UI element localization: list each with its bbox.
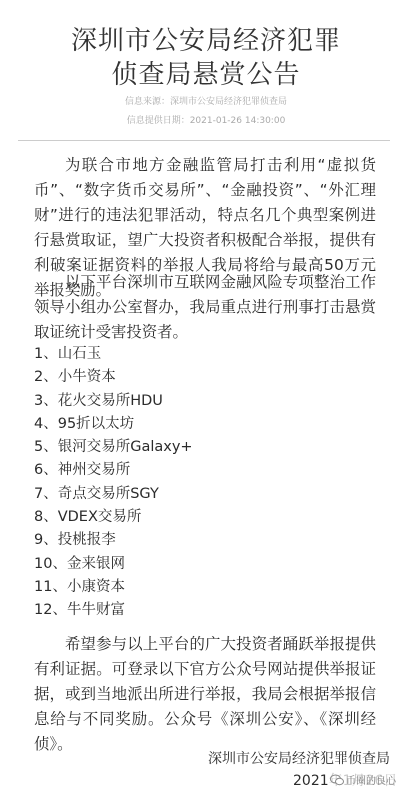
signature: 深圳市公安局经济犯罪侦查局 (208, 748, 390, 768)
list-item: 7、奇点交易所SGY (34, 482, 193, 505)
list-item: 6、神州交易所 (34, 458, 193, 481)
notice-title-line1: 深圳市公安局经济犯罪 (0, 24, 412, 58)
list-item: 8、VDEX交易所 (34, 505, 193, 528)
info-date: 信息提供日期：2021-01-26 14:30:00 (0, 115, 412, 127)
watermark-text: 币圈的良心 (346, 772, 396, 787)
list-item: 10、金来银网 (34, 552, 193, 575)
list-item: 3、花火交易所HDU (34, 389, 193, 412)
list-item: 4、95折以太坊 (34, 412, 193, 435)
platform-list: 1、山石玉 2、小牛资本 3、花火交易所HDU 4、95折以太坊 5、银河交易所… (34, 342, 193, 622)
watermark: 币圈的良心 (328, 772, 398, 787)
list-item: 9、投桃报李 (34, 528, 193, 551)
platforms-intro-paragraph: 以下平台深圳市互联网金融风险专项整治工作领导小组办公室督办，我局重点进行刑事打击… (34, 270, 376, 345)
notice-title-line2: 侦查局悬赏公告 (0, 58, 412, 92)
closing-paragraph: 希望参与以上平台的广大投资者踊跃举报提供有利证据。可登录以下官方公众号网站提供举… (34, 632, 376, 757)
list-item: 12、牛牛财富 (34, 598, 193, 621)
wechat-icon (330, 774, 344, 786)
list-item: 1、山石玉 (34, 342, 193, 365)
header-divider (18, 140, 390, 141)
list-item: 11、小康资本 (34, 575, 193, 598)
list-item: 2、小牛资本 (34, 365, 193, 388)
list-item: 5、银河交易所Galaxy+ (34, 435, 193, 458)
info-source: 信息来源：深圳市公安局经济犯罪侦查局 (0, 96, 412, 108)
